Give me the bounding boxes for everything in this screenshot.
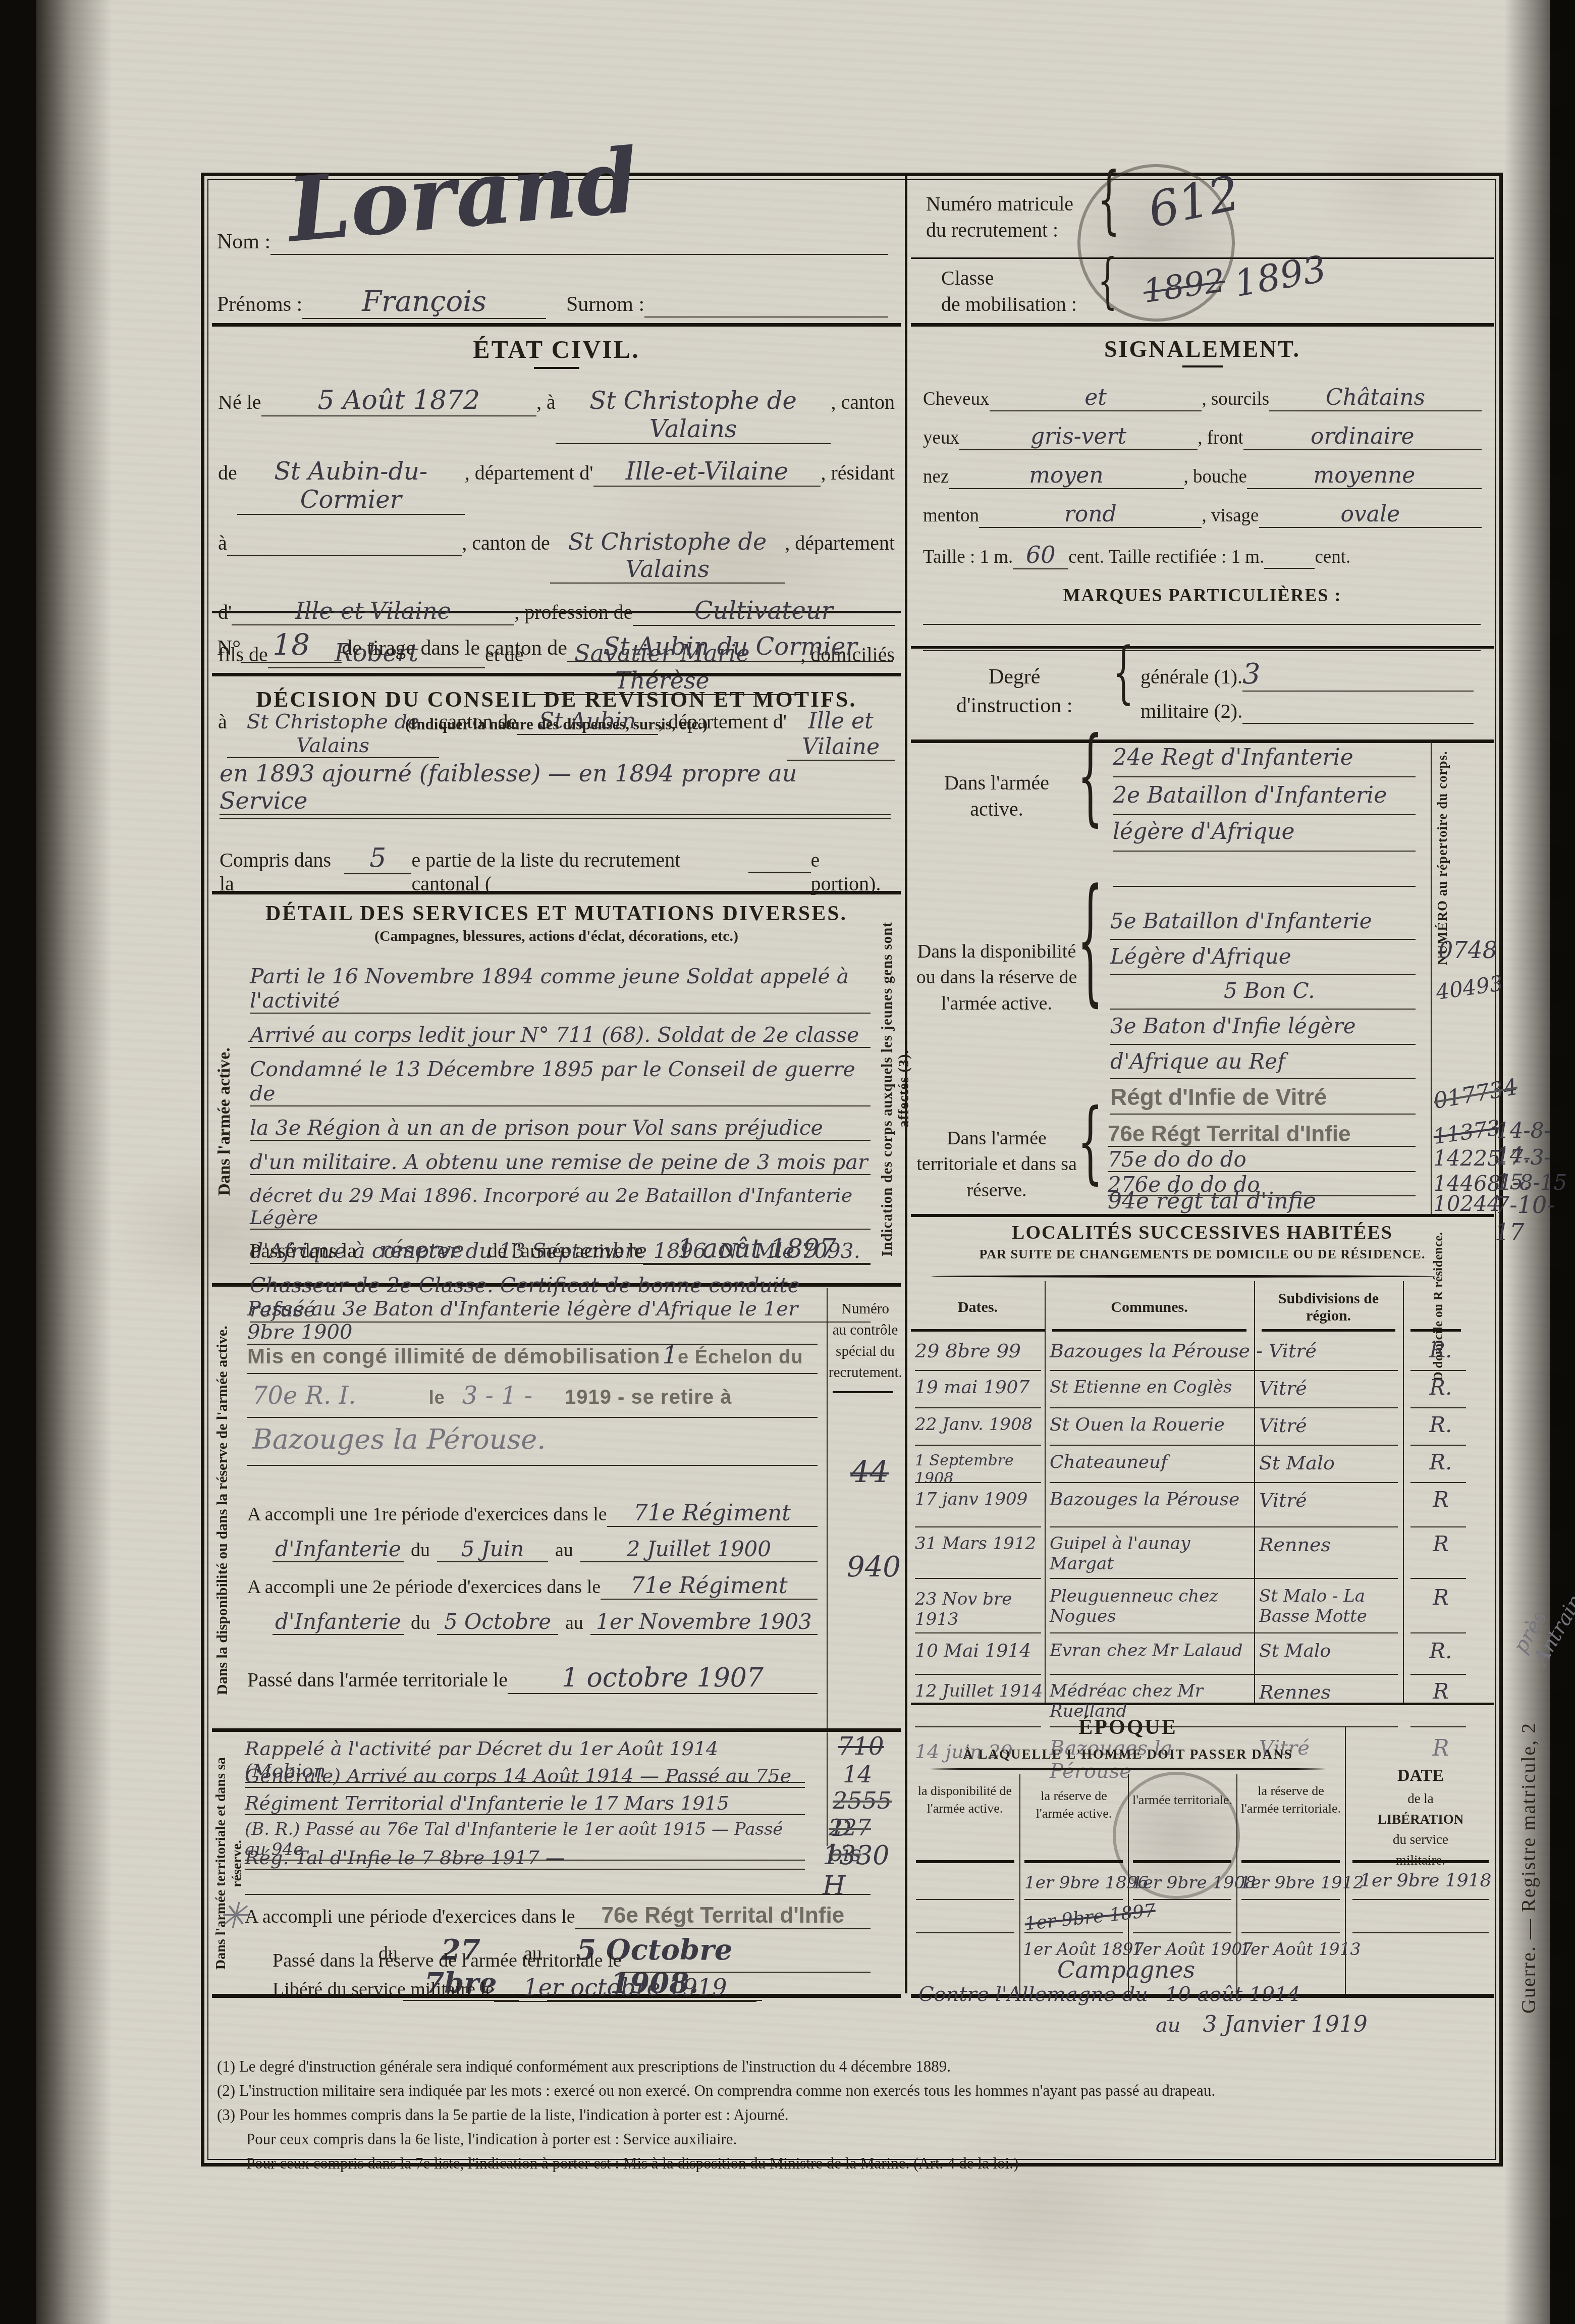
loc-date: 22 Janv. 1908 (915, 1414, 1041, 1435)
retire-stamp: 1919 - se retire à (565, 1386, 732, 1408)
prenoms-field: François (302, 285, 546, 319)
periode1-inf: d'Infanterie (273, 1537, 404, 1562)
loc-commune: Evran chez Mr Lalaud (1050, 1641, 1252, 1661)
passe-reserve-terr-field (622, 1949, 871, 1973)
matricule-label-line2: du recrutement : (926, 217, 1073, 243)
residence-field (227, 531, 462, 556)
yeux-label: yeux (923, 427, 959, 449)
controle-h1: Numéro (829, 1298, 902, 1319)
dispo-hw4: Bazouges la Pérouse. (252, 1423, 546, 1455)
epoque-col2: la réserve de l'armée active. (1021, 1787, 1127, 1822)
taille-rectifiee-label: cent. Taille rectifiée : 1 m. (1068, 546, 1264, 568)
territoriale-section: Dans l'armée territoriale et dans sa rés… (212, 1732, 901, 1998)
date-col-l3: LIBÉRATION (1347, 1809, 1494, 1830)
localites-section: LOCALITÉS SUCCESSIVES HABITÉES PAR SUITE… (911, 1216, 1494, 1705)
compris-label2: e partie de la liste du recrutement cant… (411, 848, 748, 895)
footnote-1: (1) Le degré d'instruction générale sera… (217, 2054, 1489, 2079)
services-side-left: Dans l'armée active. (215, 1016, 234, 1228)
periode2-fin: 1er Novembre 1903 (590, 1609, 818, 1635)
r1c3: 1er 9bre 1908 (1132, 1873, 1256, 1893)
r2c2-crossed: 1er 9bre 1897 (1024, 1900, 1157, 1935)
active-entry-1: 24e Regt d'Infanterie (1113, 745, 1353, 770)
compris-label3: e portion). (811, 848, 891, 895)
classe-value: 1893 (1231, 247, 1329, 305)
decision-subtitle: (Indiquer la nature des dispenses, sursi… (212, 715, 901, 733)
dispo-hw1: Passé au 3e Baton d'Infanterie légère d'… (247, 1297, 798, 1344)
classe-label-line1: Classe (941, 265, 1077, 291)
surnom-label: Surnom : (566, 292, 644, 316)
terr-hw2: Générale) Arrivé au corps 14 Août 1914 —… (245, 1765, 791, 1787)
services-line-2: Arrivé au corps ledit jour N° 711 (68). … (250, 1023, 859, 1047)
controle-v2: 940 (847, 1551, 901, 1583)
passe-reserve-label2: de l'armée active le (487, 1239, 643, 1262)
loc-commune: Bazouges la Pérouse (1050, 1489, 1252, 1510)
periode2-regiment: 71e Régiment (601, 1573, 818, 1600)
loc-dr: R. (1403, 1375, 1479, 1400)
loc-date: 29 8bre 99 (915, 1340, 1041, 1362)
a-label: , à (536, 390, 556, 414)
au-label: au (565, 1612, 583, 1634)
militaire-label: militaire (2). (1140, 699, 1242, 723)
r1date: 1er 9bre 1918 (1360, 1870, 1491, 1891)
militaire-field (1242, 699, 1474, 724)
nom-field (270, 230, 888, 255)
bouche-field: moyenne (1247, 462, 1482, 489)
bouche-label: , bouche (1184, 466, 1247, 488)
libere-date-field: 1er octobre 1919 (494, 1974, 756, 2002)
departement-label: , département (785, 531, 895, 555)
canton-de-label: , canton de (462, 531, 550, 555)
reserve-date-field: 1 août 1897 (643, 1234, 871, 1265)
services-line-4: la 3e Région à un an de prison pour Vol … (250, 1116, 823, 1140)
decision-section: DÉCISION DU CONSEIL DE REVISION ET MOTIF… (212, 676, 901, 894)
generale-label: générale (1). (1140, 665, 1242, 689)
departement-field: Ille-et-Vilaine (593, 457, 821, 487)
footnote-5: Pour ceux compris dans la 7e liste, l'in… (217, 2151, 1489, 2176)
periode2-inf: d'Infanterie (273, 1609, 404, 1635)
loc-subdiv: Vitré (1259, 1414, 1400, 1437)
services-line-6: décret du 29 Mai 1896. Incorporé au 2e B… (250, 1184, 852, 1229)
front-field: ordinaire (1243, 424, 1482, 450)
periode2-label: A accompli une 2e période d'exercices da… (247, 1576, 601, 1598)
periode2-debut: 5 Octobre (437, 1609, 558, 1635)
loc-commune: Chateauneuf (1050, 1452, 1252, 1472)
signalement-title: SIGNALEMENT. (911, 331, 1494, 362)
loc-dr: R (1403, 1585, 1479, 1610)
dispo-hw2: 70e R. I. (252, 1382, 356, 1410)
loc-dr: R (1403, 1487, 1479, 1512)
disponibilite-label: Dans la disponibilité ou dans la réserve… (916, 939, 1077, 1017)
canton-field: St Aubin-du-Cormier (237, 457, 465, 515)
etat-civil-section: ÉTAT CIVIL. Né le 5 Août 1872 , à St Chr… (212, 331, 901, 613)
loc-date: 31 Mars 1912 (915, 1534, 1044, 1554)
periode-t-label: A accompli une période d'exercices dans … (245, 1906, 575, 1928)
localites-title: LOCALITÉS SUCCESSIVES HABITÉES (911, 1216, 1494, 1244)
dispo-hw3: 3 - 1 - (462, 1382, 532, 1410)
nom-label: Nom : (217, 230, 270, 254)
services-line-1: Parti le 16 Novembre 1894 comme jeune So… (250, 964, 849, 1013)
scanned-register-page: { "doc": { "margin_label": "Guerre. — Re… (0, 0, 1575, 2324)
margin-date-4: 7-10-17 (1495, 1191, 1575, 1246)
decision-title: DÉCISION DU CONSEIL DE REVISION ET MOTIF… (212, 676, 901, 712)
brace-icon: { (1077, 715, 1103, 837)
loc-commune: Guipel à l'aunay Margat (1050, 1534, 1252, 1574)
terr-hw3: Régiment Territorial d'Infanterie le 17 … (245, 1792, 729, 1814)
passe-reserve-terr-label: Passé dans la réserve de l'armée territo… (273, 1949, 622, 1972)
menton-field: rond (979, 501, 1202, 528)
marques-title: MARQUES PARTICULIÈRES : (923, 585, 1482, 606)
loc-date: 12 Juillet 1914 (915, 1681, 1044, 1701)
campagne-line1: Contre l'Allemagne du 10 août 1914 (918, 1983, 1489, 2006)
passe-territoriale-label: Passé dans l'armée territoriale le (247, 1668, 508, 1692)
epoque-section: ÉPOQUE À LAQUELLE L'HOMME DOIT PASSER DA… (911, 1706, 1494, 1998)
sourcils-label: , sourcils (1202, 388, 1269, 410)
loc-subdiv: Rennes (1259, 1681, 1400, 1703)
terr-n2: 14 (843, 1761, 873, 1788)
de-label: de (218, 461, 237, 485)
loc-subdiv: St Malo (1259, 1641, 1400, 1661)
nez-field: moyen (949, 462, 1183, 489)
sourcils-field: Châtains (1269, 385, 1482, 411)
epoque-col1: la disponibilité de l'armée active. (912, 1782, 1018, 1817)
le-stamp: le (429, 1387, 445, 1408)
book-spine-shadow (36, 0, 112, 2324)
taille-field: 60 (1013, 541, 1068, 569)
terr-hw5: Rég. Tal d'Infie le 7 8bre 1917 — (245, 1846, 565, 1869)
date-col-l2: de la (1347, 1788, 1494, 1809)
r3c4: 1er Août 1913 (1240, 1939, 1361, 1959)
dispo-num-2: 0748 (1438, 936, 1497, 964)
visage-field: ovale (1259, 501, 1482, 528)
du-label: du (411, 1539, 430, 1561)
territoriale-side-label: Dans l'armée territoriale et dans sa rés… (213, 1737, 245, 1990)
terr-num-4: 10244 (1433, 1191, 1501, 1216)
terr-entry-4: 94e régt tal d'infie (1108, 1188, 1316, 1214)
libere-label: Libéré du service militaire le (273, 1978, 494, 2000)
surnom-field (644, 292, 888, 318)
brace-icon: { (1113, 633, 1134, 711)
menton-label: menton (923, 505, 979, 526)
loc-date: 10 Mai 1914 (915, 1641, 1044, 1661)
col-dates: Dates. (911, 1299, 1045, 1316)
cheveux-field: et (990, 385, 1202, 411)
services-section: Dans l'armée active. Indication des corp… (212, 894, 901, 1287)
services-title: DÉTAIL DES SERVICES ET MUTATIONS DIVERSE… (212, 894, 901, 926)
vitre-stamp: Régt d'Infie de Vitré (1110, 1083, 1327, 1111)
loc-subdiv: Vitré (1259, 1489, 1400, 1511)
dispo-reserve-section: Dans la disponibilité ou dans la réserve… (212, 1288, 901, 1732)
tirage-label: de tirage dans le canton de (342, 636, 567, 660)
epoque-subtitle: À LAQUELLE L'HOMME DOIT PASSER DANS (911, 1747, 1345, 1762)
a-label: à (218, 531, 227, 555)
prenoms-label: Prénoms : (217, 292, 302, 316)
loc-dr: R. (1403, 1412, 1479, 1437)
loc-commune: Bazouges la Pérouse - Vitré (1050, 1340, 1398, 1362)
du-label: du (411, 1612, 430, 1634)
col-communes: Communes. (1045, 1299, 1254, 1316)
loc-dr: R. (1403, 1450, 1479, 1474)
dispo-entry-1: 5e Bataillon d'Infanterie (1110, 909, 1372, 933)
departement-label: , département d' (465, 461, 593, 485)
front-label: , front (1198, 427, 1243, 449)
loc-dr: R. (1403, 1639, 1479, 1663)
loc-dr: R (1403, 1531, 1479, 1556)
periode1-debut: 5 Juin (437, 1537, 548, 1562)
loc-subdiv: Rennes (1259, 1534, 1400, 1556)
demobilisation-stamp: Mis en congé illimité de démobilisation … (247, 1341, 818, 1369)
decision-field: en 1893 ajourné (faiblesse) — en 1894 pr… (220, 760, 891, 815)
col-domicile-residence: D domicile ou R résidence. (1431, 1226, 1446, 1387)
au-label: au (555, 1539, 573, 1561)
localites-subtitle: PAR SUITE DE CHANGEMENTS DE DOMICILE OU … (911, 1247, 1494, 1262)
brace-icon: { (1077, 860, 1103, 1019)
campagne-line2: au 3 Janvier 1919 (1156, 2012, 1368, 2037)
controle-h4: recrutement. (829, 1362, 902, 1383)
terr-num-1: 11373 (1432, 1115, 1502, 1149)
ne-le-label: Né le (218, 390, 261, 414)
controle-h3: spécial du (829, 1341, 902, 1362)
tirage-number-field: 18 (241, 627, 342, 663)
reserve-field: réserve (356, 1237, 487, 1264)
liste-partie-field: 5 (344, 843, 411, 874)
terr-n1: 710 (838, 1732, 884, 1761)
terr-num-2: 14225 (1433, 1146, 1501, 1171)
terr-entry-2: 75e do do do (1108, 1147, 1246, 1172)
services-line-5: d'un militaire. A obtenu une remise de p… (250, 1150, 868, 1174)
controle-h2: au contrôle (829, 1319, 902, 1341)
taille-label: Taille : 1 m. (923, 546, 1013, 568)
r1c2: 1er 9bre 1896 (1024, 1873, 1149, 1893)
services-subtitle: (Campagnes, blessures, actions d'éclat, … (212, 928, 901, 945)
loc-dr: R. (1403, 1338, 1479, 1362)
periode-t-regiment: 76e Régt Territal d'Infie (575, 1903, 871, 1929)
nez-label: nez (923, 466, 949, 488)
services-side-right: Indication des corps auxquels les jeunes… (879, 900, 912, 1278)
dispo-entry-2: Légère d'Afrique (1110, 944, 1291, 969)
matricule-header-section: Numéro matricule du recrutement : { 612 … (911, 182, 1494, 327)
residence-canton-field: St Christophe de Valains (550, 528, 785, 584)
campagnes-title: Campagnes (1057, 1956, 1195, 1983)
passe-reserve-label1: Passé dans la (250, 1239, 356, 1262)
signalement-section: SIGNALEMENT. Cheveux et , sourcils Châta… (911, 331, 1494, 649)
instruction-section: Degré d'instruction : { générale (1). 3 … (911, 649, 1494, 743)
margin-register-label: Guerre. — Registre matricule, 2 (1516, 1540, 1540, 2196)
date-col-l1: DATE (1347, 1763, 1494, 1788)
tirage-no-label: N° (217, 636, 241, 660)
yeux-field: gris-vert (959, 424, 1198, 450)
taille-rectifiee-field (1264, 546, 1315, 569)
corner-shadow (0, 2062, 212, 2324)
loc-subdiv: St Malo - La Basse Motte (1259, 1586, 1400, 1626)
active-entry-3: légère d'Afrique (1113, 819, 1295, 844)
portion-field (748, 848, 811, 873)
generale-field: 3 (1242, 658, 1474, 692)
controle-v1: 44 (850, 1455, 889, 1490)
epoque-col4: la réserve de l'armée territoriale. (1238, 1782, 1344, 1817)
services-line-3: Condamné le 13 Décembre 1895 par le Cons… (250, 1057, 855, 1105)
visage-label: , visage (1202, 505, 1259, 526)
loc-subdiv: St Malo (1259, 1452, 1400, 1474)
loc-date: 19 mai 1907 (915, 1377, 1041, 1398)
cheveux-label: Cheveux (923, 388, 990, 410)
degre-label-line2: d'instruction : (956, 692, 1072, 720)
cent-label: cent. (1315, 546, 1350, 568)
dispo-entry-4: 3e Baton d'Infie légère (1110, 1014, 1356, 1038)
degre-label-line1: Degré (956, 663, 1072, 692)
col-subdivisions: Subdivisions de région. (1254, 1290, 1403, 1325)
birthdate-field: 5 Août 1872 (261, 385, 537, 416)
terr-n5: 1330 H (823, 1840, 901, 1901)
star-mark: ✳ (218, 1895, 248, 1936)
footnotes-section: (1) Le degré d'instruction générale sera… (217, 2054, 1489, 2176)
residant-label: , résidant (821, 461, 895, 485)
footnote-4: Pour ceux compris dans la 6e liste, l'in… (217, 2127, 1489, 2151)
footnote-3: (3) Pour les hommes compris dans la 5e p… (217, 2103, 1489, 2127)
loc-subdiv: Vitré (1259, 1377, 1400, 1399)
date-col-l4: du service (1347, 1829, 1494, 1850)
dispo-entry-3: 5 Bon C. (1224, 978, 1315, 1003)
classe-label-line2: de mobilisation : (941, 291, 1077, 318)
name-header-section: Lorand Nom : Prénoms : François Surnom : (212, 182, 901, 327)
territoriale-label: Dans l'armée territoriale et dans sa rés… (916, 1126, 1077, 1203)
terr-stamp-1: 76e Régt Territal d'Infie (1108, 1122, 1351, 1147)
compris-label: Compris dans la (220, 848, 344, 895)
tirage-section: N° 18 de tirage dans le canton de St Aub… (212, 613, 901, 676)
active-entry-2: 2e Bataillon d'Infanterie (1113, 782, 1387, 808)
loc-commune: St Ouen la Rouerie (1050, 1414, 1252, 1435)
canton-label: , canton (831, 390, 895, 414)
matricule-label-line1: Numéro matricule (926, 191, 1073, 217)
corner-shadow (1424, 0, 1575, 192)
tirage-canton-field: St Aubin du Cormier (567, 632, 893, 662)
epoque-title: ÉPOQUE (911, 1715, 1345, 1739)
loc-dr: R (1403, 1679, 1479, 1704)
etat-civil-title: ÉTAT CIVIL. (212, 331, 901, 364)
dispo-entry-5: d'Afrique au Ref (1110, 1049, 1285, 1074)
loc-commune: St Etienne en Coglès (1050, 1377, 1252, 1397)
armee-active-label: Dans l'armée active. (921, 770, 1072, 822)
periode1-fin: 2 Juillet 1900 (580, 1537, 818, 1562)
r1c4: 1er 9bre 1912 (1240, 1873, 1364, 1893)
repertoire-vertical-label: NUMÉRO au répertoire du corps. (1435, 750, 1450, 967)
loc-date: 23 Nov bre 1913 (915, 1589, 1044, 1629)
birthplace-field: St Christophe de Valains (556, 387, 831, 444)
dispo-side-label: Dans la disponibilité ou dans la réserve… (214, 1318, 231, 1702)
periode1-label: A accompli une 1re période d'exercices d… (247, 1503, 607, 1525)
loc-date: 17 janv 1909 (915, 1489, 1044, 1509)
loc-commune: Pleuguenneuc chez Nogues (1050, 1586, 1252, 1626)
footnote-2: (2) L'instruction militaire sera indiqué… (217, 2079, 1489, 2103)
brace-icon: { (1077, 1090, 1103, 1193)
periode1-regiment: 71e Régiment (607, 1500, 818, 1527)
corps-section: NUMÉRO au répertoire du corps. Dans l'ar… (911, 742, 1494, 1217)
passe-territoriale-date: 1 octobre 1907 (508, 1663, 818, 1694)
